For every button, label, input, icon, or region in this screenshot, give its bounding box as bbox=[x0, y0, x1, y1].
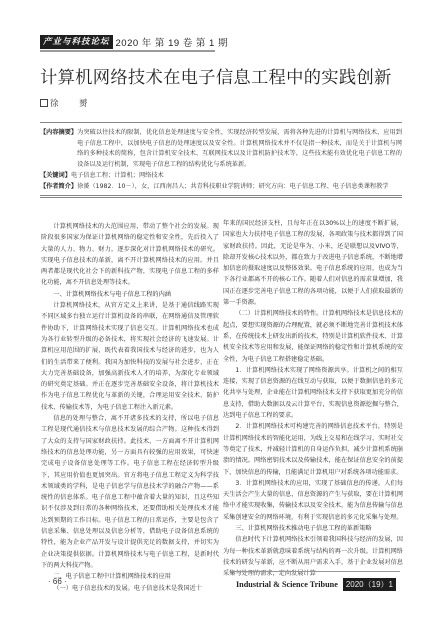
abstract-text: 为突破以往技术的限制，优化信息处理速度与安全性，实现经济转型发展，需将各种先进的… bbox=[77, 128, 402, 171]
author-info-text: 徐赟（1982．10－），女，江西南昌人；共青科技职业学院讲师；研究方向：电子信… bbox=[77, 182, 402, 193]
journal-issue: 2020 年 第 19 卷 第 1 期 bbox=[116, 35, 228, 49]
section-heading: 三、计算机网络技术推动电子信息工程的革新策略 bbox=[223, 523, 403, 534]
footer-journal: Industrial & Science Tribune 2020（19）1 bbox=[236, 578, 396, 591]
body-paragraph: 3．计算机网络技术的应用，实现了基础信息的传递。人们每天生活会产生大量的信息，信… bbox=[223, 478, 403, 523]
footer-journal-name: Industrial & Science Tribune bbox=[236, 580, 338, 589]
author-info-row: 【作者简介】 徐赟（1982．10－），女，江西南昌人；共青科技职业学院讲师；研… bbox=[40, 182, 402, 193]
page-number: · 66 · bbox=[48, 577, 67, 586]
footer-issue: 2020（19）1 bbox=[343, 578, 396, 591]
header-rule bbox=[40, 50, 215, 52]
abstract-row: 【内容摘要】 为突破以往技术的限制，优化信息处理速度与安全性，实现经济转型发展，… bbox=[40, 128, 402, 171]
body-right-column: 年来的国民经济支柱，且每年正在以30%以上的速度不断扩展，国家也大力扶持电子信息… bbox=[223, 218, 403, 580]
body-paragraph: 信息的处理与整合，离不开诸多技术的支持，所以电子信息工程是现代通信技术与信息技术… bbox=[41, 413, 219, 571]
meta-bottom-rule-2 bbox=[40, 197, 402, 198]
article-meta: 【内容摘要】 为突破以往技术的限制，优化信息处理速度与安全性，实现经济转型发展，… bbox=[40, 128, 402, 192]
body-left-column: 计算机网络技术的大范围应用，带动了整个社会的发展。现阶段很多国家为保证计算机网络… bbox=[41, 221, 219, 594]
body-paragraph: 1．计算机网络技术实现了网络资源共享。计算机之间的相互连接，实现了信息资源的在线… bbox=[223, 365, 403, 421]
abstract-label: 【内容摘要】 bbox=[40, 128, 77, 171]
body-paragraph-continued: 年来的国民经济支柱，且每年正在以30%以上的速度不断扩展，国家也大力扶持电子信息… bbox=[223, 218, 403, 308]
keywords-row: 【关键词】 电子信息工程；计算机；网络技术 bbox=[40, 171, 402, 182]
section-heading: 一、计算机网络技术与电子信息工程的内涵 bbox=[41, 289, 219, 300]
keywords-label: 【关键词】 bbox=[40, 171, 71, 182]
body-paragraph: 计算机网络技术，从官方定义上来讲，是基于通信线路实现不同区域多台独立运行计算机设… bbox=[41, 300, 219, 413]
author-box-icon bbox=[40, 99, 48, 107]
journal-header: 产业与科技论坛 2020 年 第 19 卷 第 1 期 bbox=[40, 35, 228, 49]
section-heading: 二、电子信息工程中计算机网络技术的应用 bbox=[41, 571, 219, 582]
body-paragraph: （二）计算机网络技术的特性。计算机网络技术是信息技术的起点，要想实现资源的合理配… bbox=[223, 308, 403, 364]
meta-top-rule bbox=[40, 122, 402, 123]
journal-page: 产业与科技论坛 2020 年 第 19 卷 第 1 期 计算机网络技术在电子信息… bbox=[0, 0, 440, 620]
keywords-text: 电子信息工程；计算机；网络技术 bbox=[71, 171, 402, 182]
article-title: 计算机网络技术在电子信息工程中的实践创新 bbox=[40, 63, 410, 88]
author-info-label: 【作者简介】 bbox=[40, 182, 77, 193]
journal-logo: 产业与科技论坛 bbox=[40, 35, 113, 49]
meta-bottom-rule bbox=[40, 195, 402, 196]
author-line: 徐 赟 bbox=[40, 97, 94, 109]
footer-rule bbox=[230, 571, 400, 572]
author-name: 徐 赟 bbox=[50, 97, 94, 109]
body-paragraph: 信息时代下计算机网络技术引领着我国科技与经济的发展，因为每一种技术革新就意味着系… bbox=[223, 534, 403, 579]
body-paragraph: 2．计算机网络技术可构建完善的网络信息技术平台，特别是计算机网络技术的智能化运用… bbox=[223, 421, 403, 477]
body-paragraph: 计算机网络技术的大范围应用，带动了整个社会的发展。现阶段很多国家为保证计算机网络… bbox=[41, 221, 219, 289]
body-paragraph: （一）电子信息技术的发展。电子信息技术是我国近十 bbox=[41, 583, 219, 594]
